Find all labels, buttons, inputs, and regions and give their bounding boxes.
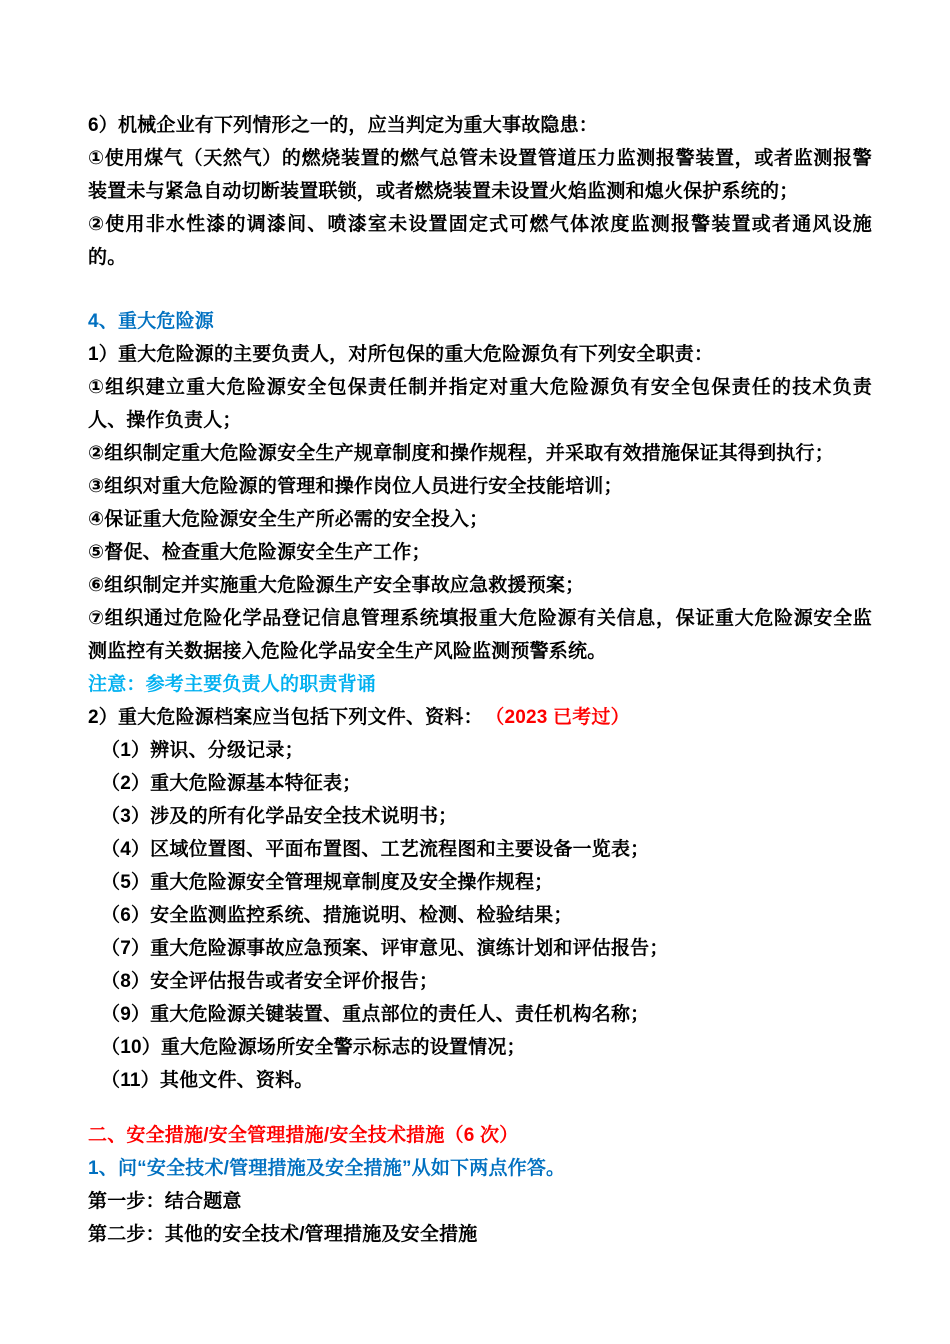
section-4-heading: 4、重大危险源 bbox=[88, 305, 872, 338]
section-2-heading: 二、安全措施/安全管理措施/安全技术措施（6 次） bbox=[88, 1119, 872, 1152]
archive-file-item-5: （5）重大危险源安全管理规章制度及安全操作规程； bbox=[88, 866, 872, 899]
document-page: 6）机械企业有下列情形之一的，应当判定为重大事故隐患： ①使用煤气（天然气）的燃… bbox=[0, 0, 950, 1344]
archive-exam-badge: （2023 已考过） bbox=[495, 707, 630, 728]
archive-intro: 2）重大危险源档案应当包括下列文件、资料： bbox=[88, 707, 483, 728]
archive-file-item-4: （4）区域位置图、平面布置图、工艺流程图和主要设备一览表； bbox=[88, 833, 872, 866]
clause-6-item-2: ②使用非水性漆的调漆间、喷漆室未设置固定式可燃气体浓度监测报警装置或者通风设施的… bbox=[88, 208, 872, 274]
step-2-line: 第二步：其他的安全技术/管理措施及安全措施 bbox=[88, 1218, 872, 1251]
duty-item-1: ①组织建立重大危险源安全包保责任制并指定对重大危险源负有安全包保责任的技术负责人… bbox=[88, 371, 872, 437]
clause-6-item-1: ①使用煤气（天然气）的燃烧装置的燃气总管未设置管道压力监测报警装置，或者监测报警… bbox=[88, 142, 872, 208]
duty-item-2: ②组织制定重大危险源安全生产规章制度和操作规程，并采取有效措施保证其得到执行； bbox=[88, 437, 872, 470]
archive-file-item-1: （1）辨识、分级记录； bbox=[88, 734, 872, 767]
note-line: 注意：参考主要负责人的职责背诵 bbox=[88, 668, 872, 701]
section-2-sub-1: 1、问“安全技术/管理措施及安全措施”从如下两点作答。 bbox=[88, 1152, 872, 1185]
duty-item-7: ⑦组织通过危险化学品登记信息管理系统填报重大危险源有关信息，保证重大危险源安全监… bbox=[88, 602, 872, 668]
archive-file-item-2: （2）重大危险源基本特征表； bbox=[88, 767, 872, 800]
step-1-line: 第一步：结合题意 bbox=[88, 1185, 872, 1218]
archive-file-item-10: （10）重大危险源场所安全警示标志的设置情况； bbox=[88, 1031, 872, 1064]
archive-file-item-9: （9）重大危险源关键装置、重点部位的责任人、责任机构名称； bbox=[88, 998, 872, 1031]
major-hazard-duties-intro: 1）重大危险源的主要负责人，对所包保的重大危险源负有下列安全职责： bbox=[88, 338, 872, 371]
duty-item-3: ③组织对重大危险源的管理和操作岗位人员进行安全技能培训； bbox=[88, 470, 872, 503]
document-body: 6）机械企业有下列情形之一的，应当判定为重大事故隐患： ①使用煤气（天然气）的燃… bbox=[0, 0, 950, 1251]
archive-file-item-3: （3）涉及的所有化学品安全技术说明书； bbox=[88, 800, 872, 833]
archive-file-item-11: （11）其他文件、资料。 bbox=[88, 1064, 872, 1097]
duty-item-4: ④保证重大危险源安全生产所必需的安全投入； bbox=[88, 503, 872, 536]
archive-intro-line: 2）重大危险源档案应当包括下列文件、资料：（2023 已考过） bbox=[88, 701, 872, 734]
duty-item-6: ⑥组织制定并实施重大危险源生产安全事故应急救援预案； bbox=[88, 569, 872, 602]
archive-file-item-8: （8）安全评估报告或者安全评价报告； bbox=[88, 965, 872, 998]
archive-file-item-7: （7）重大危险源事故应急预案、评审意见、演练计划和评估报告； bbox=[88, 932, 872, 965]
archive-file-item-6: （6）安全监测监控系统、措施说明、检测、检验结果； bbox=[88, 899, 872, 932]
clause-6-title: 6）机械企业有下列情形之一的，应当判定为重大事故隐患： bbox=[88, 109, 872, 142]
duty-item-5: ⑤督促、检查重大危险源安全生产工作； bbox=[88, 536, 872, 569]
